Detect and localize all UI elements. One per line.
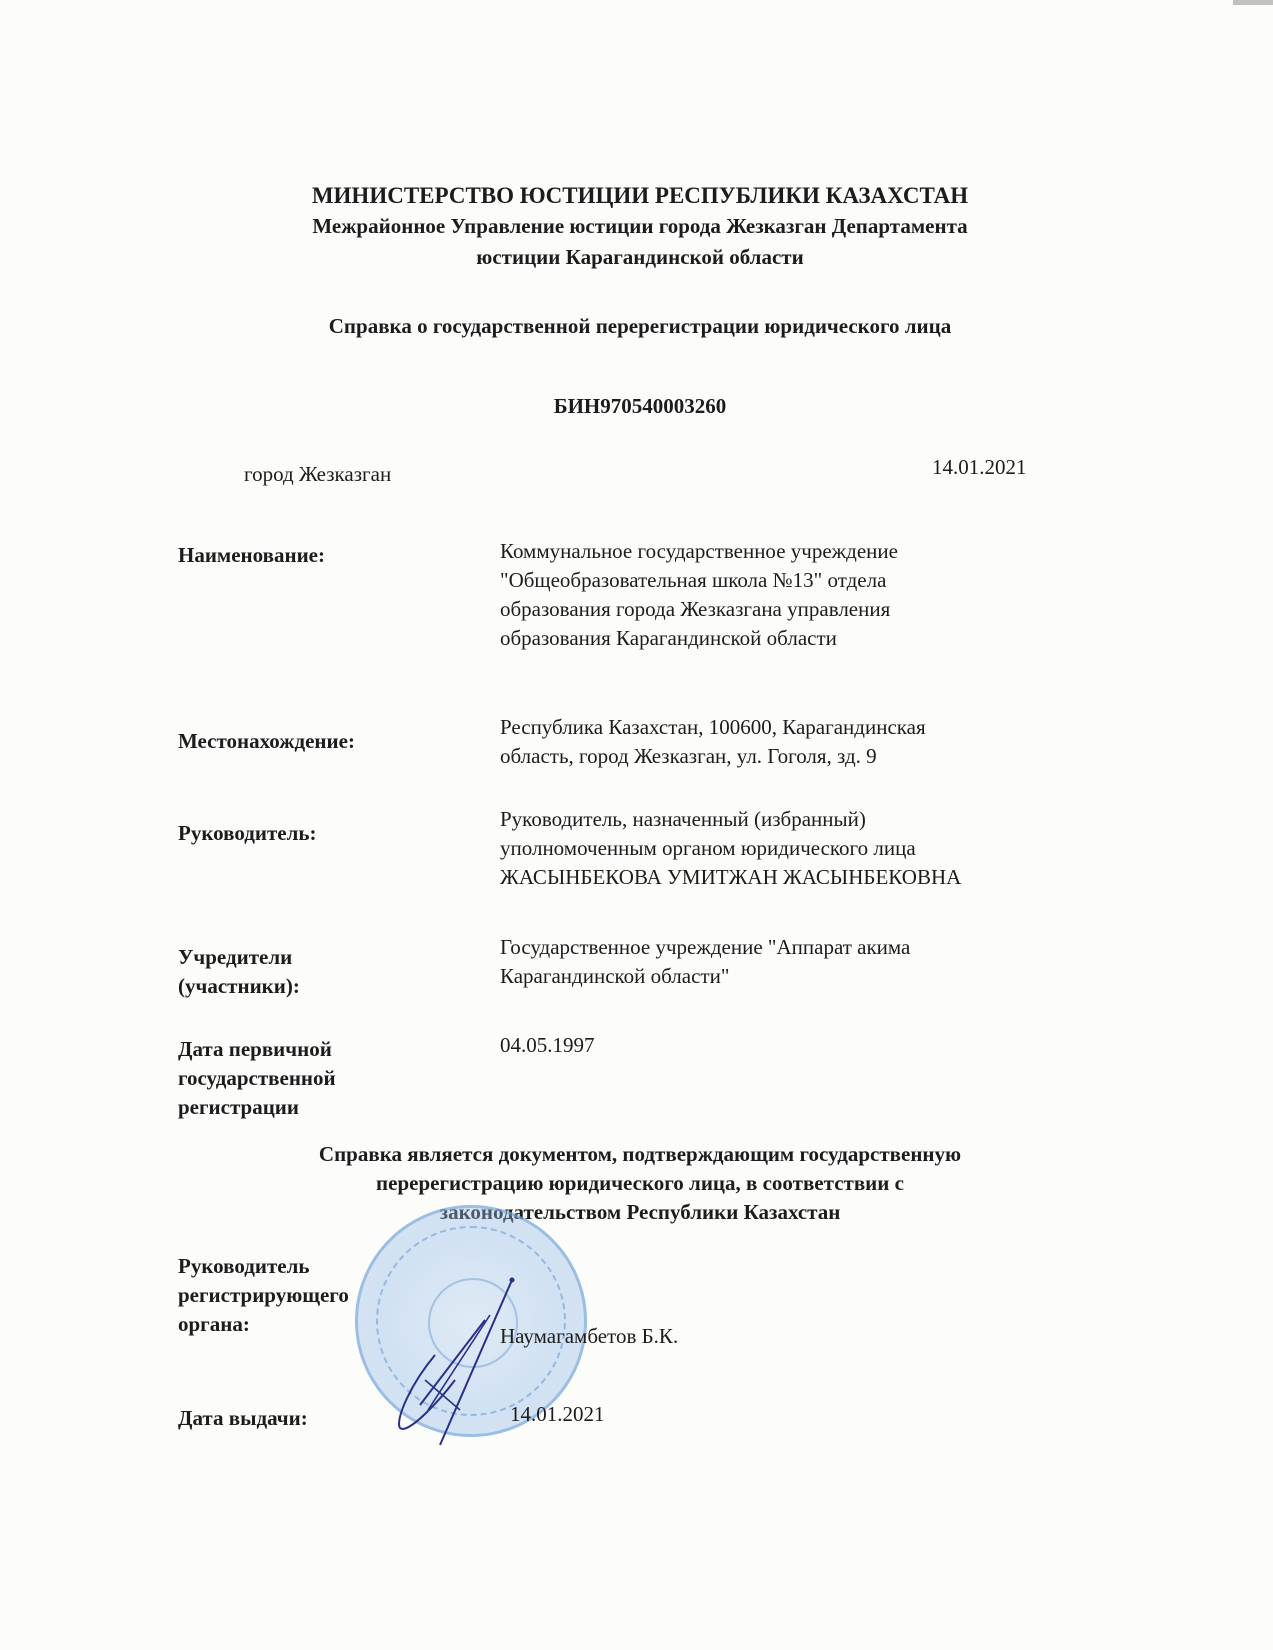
document-header: МИНИСТЕРСТВО ЮСТИЦИИ РЕСПУБЛИКИ КАЗАХСТА… [200, 180, 1080, 273]
field-label-name: Наименование: [178, 541, 478, 570]
closing-statement: Справка является документом, подтверждаю… [200, 1140, 1080, 1227]
field-value-director: Руководитель, назначенный (избранный) уп… [500, 805, 1120, 892]
department-line-1: Межрайонное Управление юстиции города Же… [200, 211, 1080, 242]
closing-line-3: законодательством Республики Казахстан [200, 1198, 1080, 1227]
document-title: Справка о государственной перерегистраци… [200, 312, 1080, 340]
closing-line-2: перерегистрацию юридического лица, в соо… [200, 1169, 1080, 1198]
ministry-name: МИНИСТЕРСТВО ЮСТИЦИИ РЕСПУБЛИКИ КАЗАХСТА… [200, 180, 1080, 211]
issue-date-label: Дата выдачи: [178, 1404, 308, 1433]
document-date: 14.01.2021 [932, 453, 1027, 481]
field-value-location: Республика Казахстан, 100600, Карагандин… [500, 713, 1120, 771]
field-label-director: Руководитель: [178, 819, 478, 848]
field-label-initial-registration: Дата первичной государственной регистрац… [178, 1035, 478, 1122]
document-page: МИНИСТЕРСТВО ЮСТИЦИИ РЕСПУБЛИКИ КАЗАХСТА… [0, 0, 1273, 1650]
field-value-name: Коммунальное государственное учреждение … [500, 537, 1120, 653]
field-label-location: Местонахождение: [178, 727, 478, 756]
field-label-founders: Учредители (участники): [178, 943, 478, 1001]
scan-corner-mark [1233, 0, 1273, 5]
issue-city: город Жезказган [244, 460, 391, 488]
bin-number: БИН970540003260 [200, 392, 1080, 420]
field-value-initial-registration: 04.05.1997 [500, 1031, 1120, 1060]
issue-date-value: 14.01.2021 [510, 1400, 605, 1429]
department-line-2: юстиции Карагандинской области [200, 242, 1080, 273]
closing-line-1: Справка является документом, подтверждаю… [200, 1140, 1080, 1169]
field-value-founders: Государственное учреждение "Аппарат аким… [500, 933, 1120, 991]
